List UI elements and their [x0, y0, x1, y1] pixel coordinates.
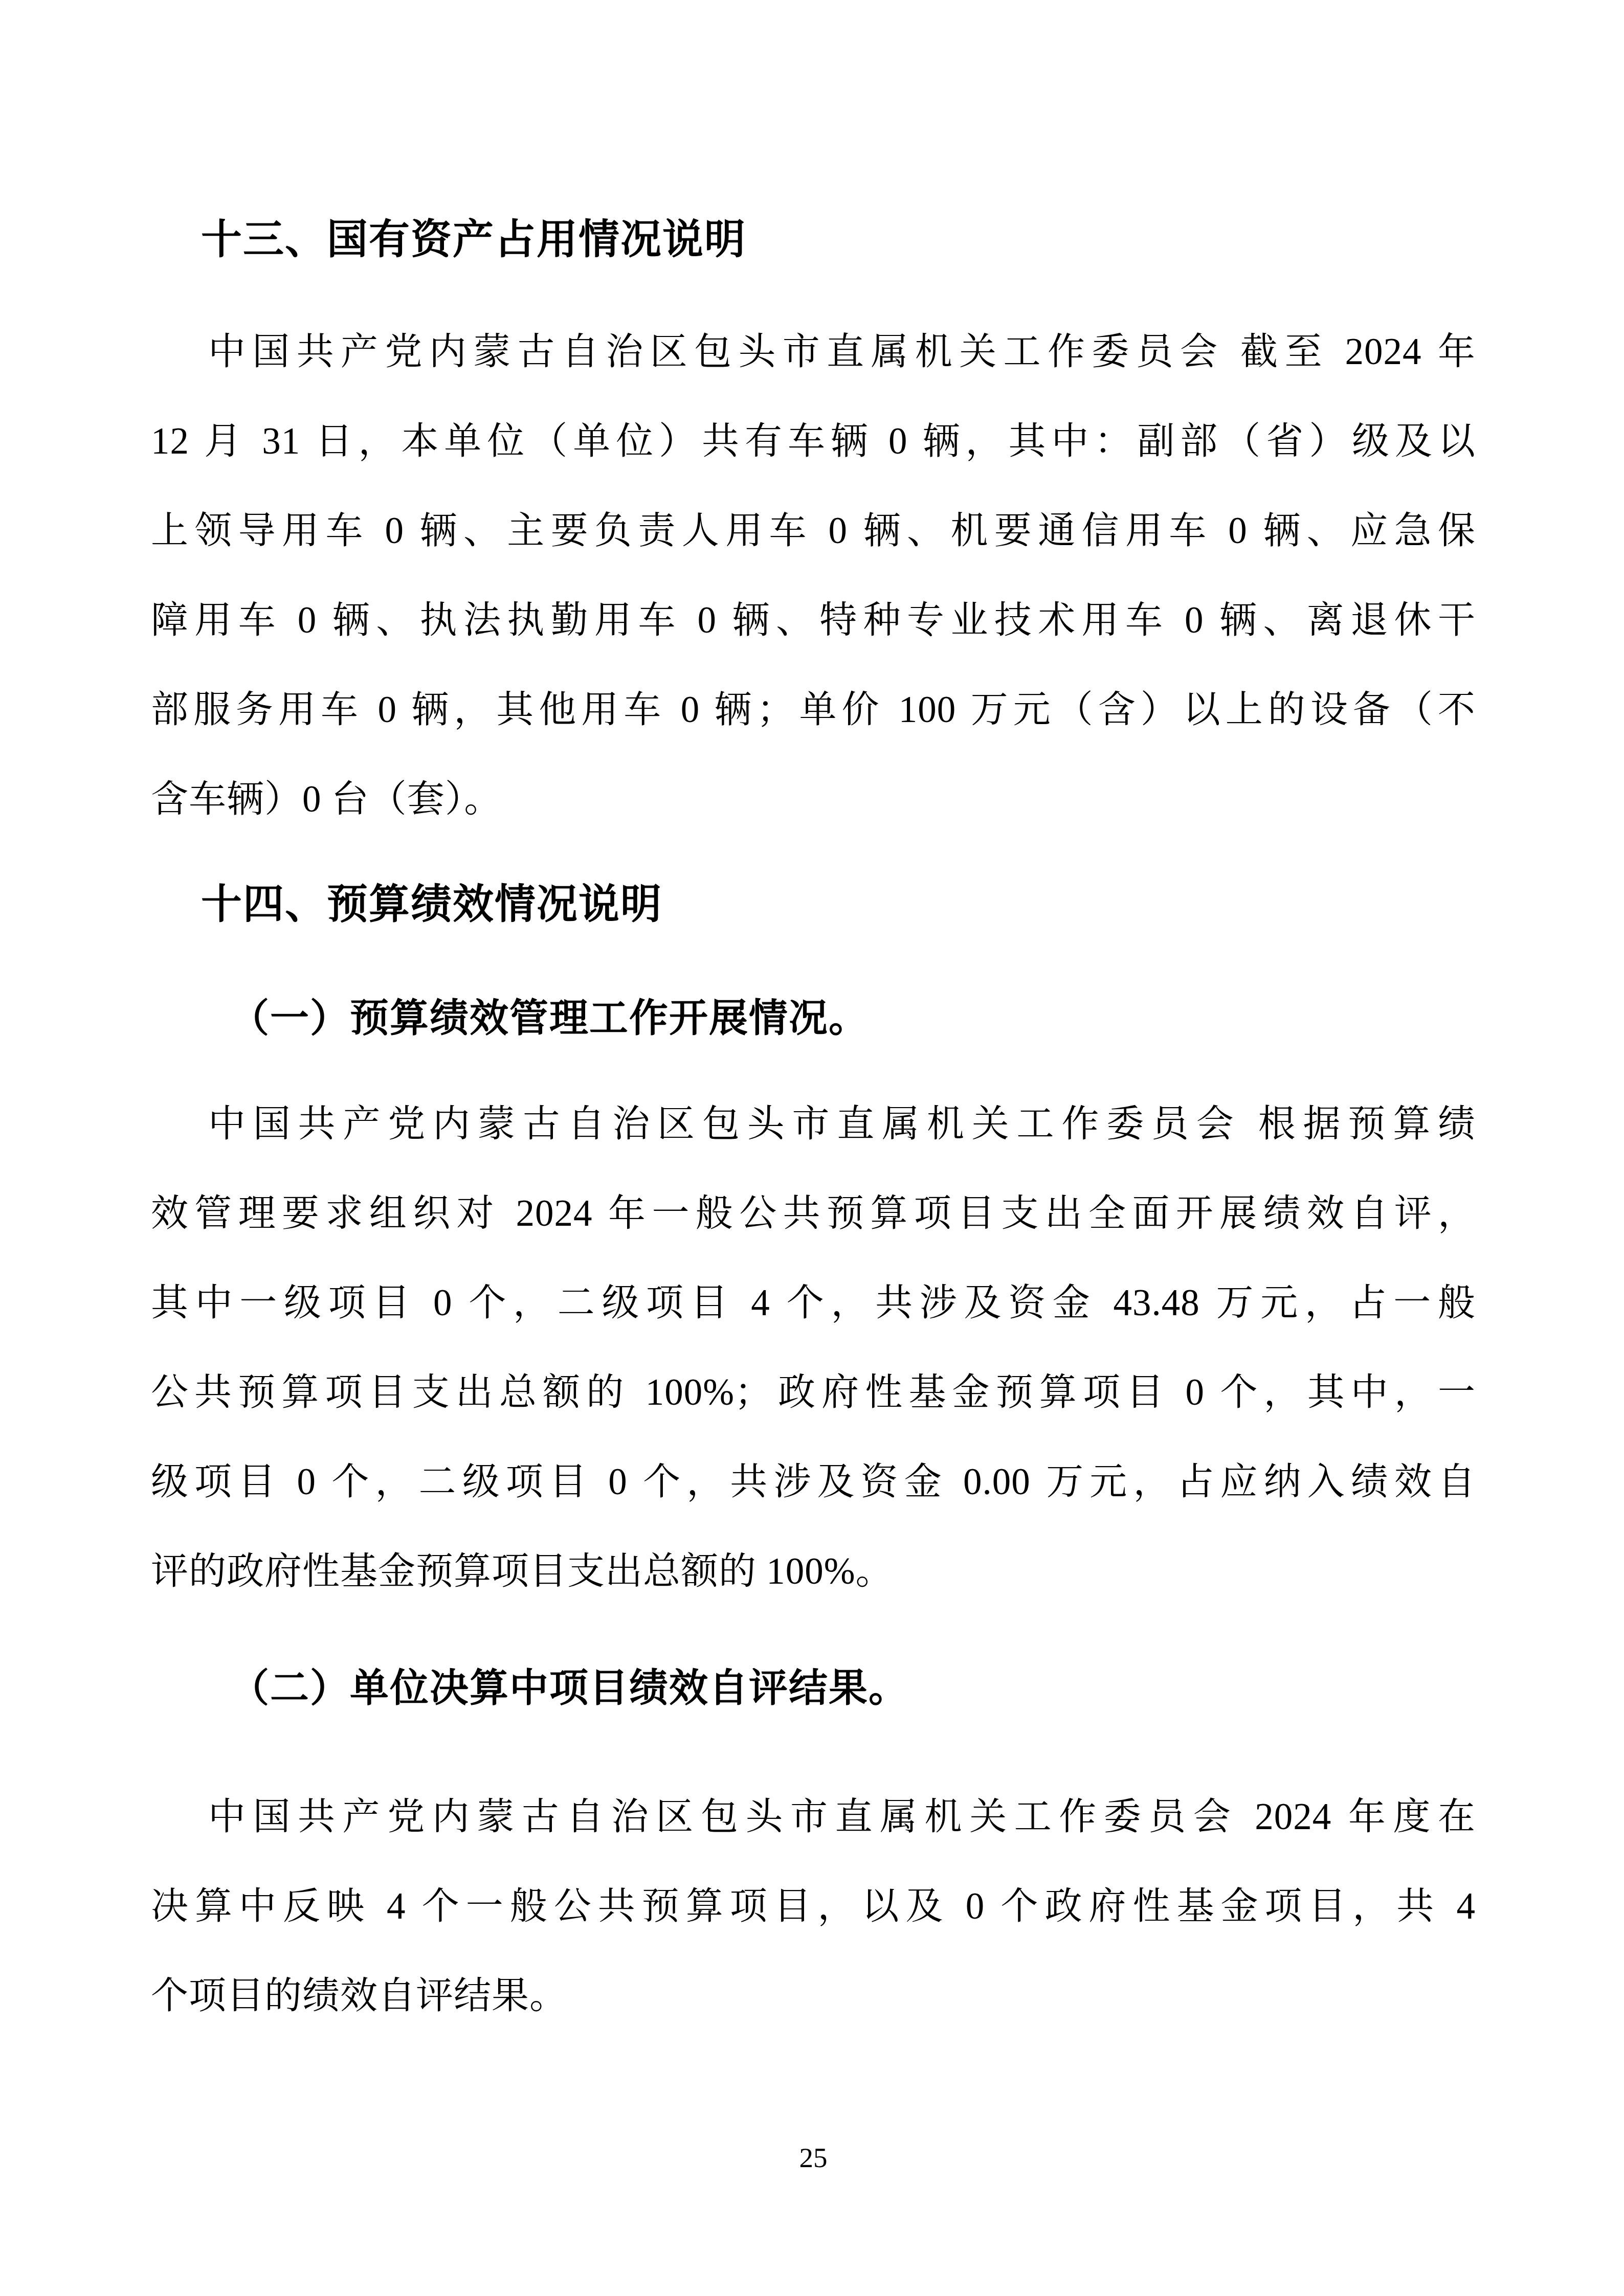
- paragraph-line: 级项目 0 个，二级项目 0 个，共涉及资金 0.00 万元，占应纳入绩效自: [151, 1437, 1476, 1526]
- section-13-paragraph: 中国共产党内蒙古自治区包头市直属机关工作委员会 截至 2024 年 12 月 3…: [151, 307, 1476, 844]
- paragraph-line: 上领导用车 0 辆、主要负责人用车 0 辆、机要通信用车 0 辆、应急保: [151, 486, 1476, 575]
- paragraph-line: 公共预算项目支出总额的 100%；政府性基金预算项目 0 个，其中，一: [151, 1347, 1476, 1437]
- paragraph-line: 其中一级项目 0 个，二级项目 4 个，共涉及资金 43.48 万元，占一般: [151, 1258, 1476, 1347]
- section-13-heading: 十三、国有资产占用情况说明: [151, 217, 1476, 261]
- subsection-2-heading: （二）单位决算中项目绩效自评结果。: [151, 1667, 1476, 1710]
- paragraph-line: 中国共产党内蒙古自治区包头市直属机关工作委员会 根据预算绩: [151, 1079, 1476, 1168]
- paragraph-line: 个项目的绩效自评结果。: [151, 1951, 1476, 2040]
- document-page: 十三、国有资产占用情况说明 中国共产党内蒙古自治区包头市直属机关工作委员会 截至…: [0, 0, 1624, 2296]
- subsection-1-paragraph: 中国共产党内蒙古自治区包头市直属机关工作委员会 根据预算绩 效管理要求组织对 2…: [151, 1079, 1476, 1616]
- paragraph-line: 评的政府性基金预算项目支出总额的 100%。: [151, 1526, 1476, 1616]
- paragraph-line: 决算中反映 4 个一般公共预算项目，以及 0 个政府性基金项目，共 4: [151, 1861, 1476, 1951]
- subsection-1-heading: （一）预算绩效管理工作开展情况。: [151, 997, 1476, 1041]
- paragraph-line: 中国共产党内蒙古自治区包头市直属机关工作委员会 2024 年度在: [151, 1772, 1476, 1861]
- subsection-2-paragraph: 中国共产党内蒙古自治区包头市直属机关工作委员会 2024 年度在 决算中反映 4…: [151, 1772, 1476, 2040]
- paragraph-line: 中国共产党内蒙古自治区包头市直属机关工作委员会 截至 2024 年: [151, 307, 1476, 396]
- paragraph-line: 效管理要求组织对 2024 年一般公共预算项目支出全面开展绩效自评，: [151, 1168, 1476, 1258]
- page-number: 25: [151, 2143, 1476, 2173]
- paragraph-line: 部服务用车 0 辆，其他用车 0 辆；单价 100 万元（含）以上的设备（不: [151, 665, 1476, 754]
- section-14-heading: 十四、预算绩效情况说明: [151, 882, 1476, 926]
- paragraph-line: 12 月 31 日，本单位（单位）共有车辆 0 辆，其中：副部（省）级及以: [151, 396, 1476, 486]
- paragraph-line: 含车辆）0 台（套）。: [151, 754, 1476, 844]
- paragraph-line: 障用车 0 辆、执法执勤用车 0 辆、特种专业技术用车 0 辆、离退休干: [151, 575, 1476, 665]
